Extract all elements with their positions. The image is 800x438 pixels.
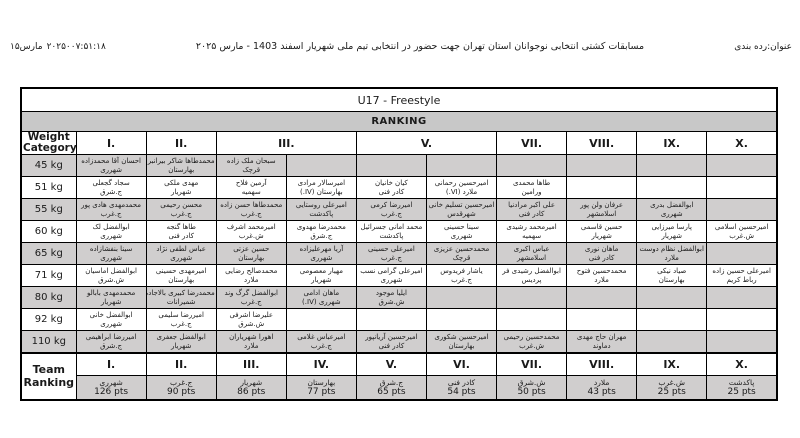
team-ranking-header-row: Team Ranking I. II. III. IV. V. VI. VII.… — [21, 353, 777, 376]
ranking-grid: U17 - Freestyle RANKING Weight Category … — [20, 87, 778, 401]
athlete-name: مهیار معصومی — [288, 267, 355, 276]
report-date-time: ۲۰۲۵۰۰۷:۵۱:۱۸ — [47, 42, 106, 52]
athlete-team: شهرری — [288, 254, 355, 263]
athlete-team: ملارد — [638, 254, 705, 263]
athlete-team: ش.غرب — [708, 232, 775, 241]
athlete-name: محمدصالح رضایی — [218, 267, 285, 276]
athlete-cell: ایلیا موجودش.شرق — [356, 287, 426, 309]
athlete-team: ج.غرب — [358, 254, 425, 263]
column-header-row: Weight Category I. II. III. V. VII. VIII… — [21, 132, 777, 155]
athlete-cell — [497, 309, 567, 331]
athlete-cell — [637, 331, 707, 354]
athlete-name: محمدحسین فتوح — [568, 267, 635, 276]
athlete-cell: پارسا میرزاییشهریار — [637, 221, 707, 243]
ranking-rows: 45 kgاحسان آقا محمدزادهشهرریمحمدطاها شاک… — [21, 155, 777, 354]
athlete-cell: محمدمهدی بابالوشهریار — [76, 287, 146, 309]
athlete-name: ماهان ادامی — [288, 289, 355, 298]
athlete-name: امیررضا سلیمی — [148, 311, 215, 320]
team-ranking-cell: کادر فنی54 pts — [426, 376, 496, 401]
report-datetime: مارس۱۵ ۲۰۲۵۰۰۷:۵۱:۱۸ — [10, 42, 106, 52]
athlete-cell: کیان خانیانکادر فنی — [356, 177, 426, 199]
athlete-team: ج.غرب — [358, 210, 425, 219]
athlete-name: اهورا شهریاران — [218, 333, 285, 342]
athlete-team: پاکدشت — [358, 232, 425, 241]
athlete-name: ابوالفضل بدری — [638, 201, 705, 210]
athlete-cell — [707, 155, 777, 177]
athlete-cell: مهیار معصومیشهریار — [286, 265, 356, 287]
athlete-name: امیررضا ابراهیمی — [78, 333, 145, 342]
athlete-name: طاها گنجه — [148, 223, 215, 232]
athlete-name: ابوالفضل خانی — [78, 311, 145, 320]
athlete-cell: امیرسالار مرادیبهارستان (IV.) — [286, 177, 356, 199]
athlete-team: شهریار — [568, 232, 635, 241]
athlete-name: سبحان ملک زاده — [218, 157, 285, 166]
athlete-cell: محمدحسین رحیمیش.غرب — [497, 331, 567, 354]
athlete-cell: محمدمهدی هادی پورج.غرب — [76, 199, 146, 221]
athlete-cell: امیرحسین آریانپورکادر فنی — [356, 331, 426, 354]
team-ranking-cell: پاکدشت25 pts — [707, 376, 777, 401]
athlete-name: مهدی ملکی — [148, 179, 215, 188]
athlete-team: ج.غرب — [288, 342, 355, 351]
athlete-cell: صیاد نیکیبهارستان — [637, 265, 707, 287]
team-ranking-cell: ملارد43 pts — [567, 376, 637, 401]
athlete-name: امیرمحمد رشیدی — [498, 223, 565, 232]
athlete-team: ج.غرب — [148, 320, 215, 329]
athlete-name: امیرحسین آریانپور — [358, 333, 425, 342]
weight-cell: 51 kg — [21, 177, 76, 199]
ranking-table: U17 - Freestyle RANKING Weight Category … — [20, 87, 780, 401]
athlete-team: اسلامشهر — [568, 210, 635, 219]
team-rank-col: II. — [146, 353, 216, 376]
athlete-cell: امیرحسین تسلیم خانیشهرقدس — [426, 199, 496, 221]
athlete-cell: محمدحسین فتوحملارد — [567, 265, 637, 287]
athlete-cell — [356, 155, 426, 177]
team-rank-col: V. — [356, 353, 426, 376]
team-ranking-cell: ش.غرب25 pts — [637, 376, 707, 401]
athlete-name: احسان آقا محمدزاده — [78, 157, 145, 166]
athlete-team: ش.غرب — [218, 232, 285, 241]
athlete-cell: محمدرضا کبیری بالاجادهشمیرانات — [146, 287, 216, 309]
athlete-cell: امیرحسین اسلامیش.غرب — [707, 221, 777, 243]
athlete-team: بهارستان — [218, 254, 285, 263]
athlete-cell: امیرعباس غلامیج.غرب — [286, 331, 356, 354]
athlete-cell: سجاد گجعلیج.شرق — [76, 177, 146, 199]
rank-col-header: I. — [76, 132, 146, 155]
athlete-team: کادر فنی — [148, 232, 215, 241]
athlete-name: امیرعلی حسینی — [358, 245, 425, 254]
athlete-cell: حسین عزتیبهارستان — [216, 243, 286, 265]
athlete-cell: عباس لطفی نژادشهرری — [146, 243, 216, 265]
rank-col-header: X. — [707, 132, 777, 155]
table-row: 45 kgاحسان آقا محمدزادهشهرریمحمدطاها شاک… — [21, 155, 777, 177]
team-ranking-label: Team Ranking — [21, 353, 76, 400]
table-row: 110 kgامیررضا ابراهیمیج.شرقابوالفضل جعفر… — [21, 331, 777, 354]
athlete-team: ملارد — [218, 276, 285, 285]
athlete-cell: ابوالفضل رشیدی فرپردیس — [497, 265, 567, 287]
athlete-name: امیرحسین اسلامی — [708, 223, 775, 232]
athlete-cell: امیرمحمد رشیدیسهمیه — [497, 221, 567, 243]
athlete-name: محمدرضا کبیری بالاجاده — [148, 289, 215, 298]
athlete-name: سینا بنفشازاده — [78, 245, 145, 254]
athlete-team: ملارد — [218, 342, 285, 351]
rank-col-header: II. — [146, 132, 216, 155]
team-points: 65 pts — [358, 387, 425, 398]
athlete-team: ش.شرق — [218, 320, 285, 329]
athlete-team: بهارستان — [428, 342, 495, 351]
athlete-cell: محمدحسین عزیزیقرچک — [426, 243, 496, 265]
athlete-cell: امیرمحمد اشرفش.غرب — [216, 221, 286, 243]
athlete-team: رباط کریم — [708, 276, 775, 285]
athlete-team: کادر فنی — [568, 254, 635, 263]
athlete-cell: عرفان ولن پوراسلامشهر — [567, 199, 637, 221]
athlete-name: صیاد نیکی — [638, 267, 705, 276]
ranking-band: RANKING — [21, 112, 777, 132]
athlete-team: ملارد (VI.) — [428, 188, 495, 197]
athlete-name: امیرحسین تسلیم خانی — [428, 201, 495, 210]
athlete-name: علی اکبر مرادنیا — [498, 201, 565, 210]
athlete-cell: امیرحسین شکوریبهارستان — [426, 331, 496, 354]
athlete-name: ابوالفضل جعفری — [148, 333, 215, 342]
athlete-team: اسلامشهر — [498, 254, 565, 263]
athlete-name: سجاد گجعلی — [78, 179, 145, 188]
team-points: 126 pts — [78, 387, 145, 398]
athlete-cell — [286, 155, 356, 177]
athlete-cell: امیررضا سلیمیج.غرب — [146, 309, 216, 331]
athlete-cell: ابوالفضل اماسیانش.شرق — [76, 265, 146, 287]
athlete-team: شهریار — [78, 298, 145, 307]
team-name: ش.شرق — [498, 378, 565, 387]
athlete-cell — [567, 177, 637, 199]
report-date-month: مارس۱۵ — [10, 42, 43, 52]
athlete-name: ابوالفضل نظام دوست — [638, 245, 705, 254]
athlete-team: شهرری — [78, 232, 145, 241]
team-rank-col: VI. — [426, 353, 496, 376]
athlete-team: شهریار — [638, 232, 705, 241]
team-points: 54 pts — [428, 387, 495, 398]
athlete-cell: محمدطاها شاکر بیرانبربهارستان — [146, 155, 216, 177]
athlete-cell — [637, 309, 707, 331]
athlete-cell: ابوالفضل گرگ وندج.غرب — [216, 287, 286, 309]
athlete-team: شهرقدس — [428, 210, 495, 219]
weight-cell: 71 kg — [21, 265, 76, 287]
category-title: U17 - Freestyle — [21, 88, 777, 112]
team-points: 43 pts — [568, 387, 635, 398]
athlete-team: شهریار — [148, 188, 215, 197]
athlete-cell: آرمین فلاحسهمیه — [216, 177, 286, 199]
athlete-cell: محمدطاها حسن زادهج.غرب — [216, 199, 286, 221]
athlete-cell: ماهان ادامیشهرری (IV.) — [286, 287, 356, 309]
ranking-band-row: RANKING — [21, 112, 777, 132]
athlete-cell — [637, 155, 707, 177]
athlete-cell: امیررضا کرمیج.غرب — [356, 199, 426, 221]
athlete-cell: اهورا شهریارانملارد — [216, 331, 286, 354]
athlete-team: ج.غرب — [78, 210, 145, 219]
table-row: 65 kgسینا بنفشازادهشهرریعباس لطفی نژادشه… — [21, 243, 777, 265]
athlete-team: کادر فنی — [358, 188, 425, 197]
rank-col-header: IX. — [637, 132, 707, 155]
athlete-team: ورامین — [498, 188, 565, 197]
team-ranking-cell: شهریار86 pts — [216, 376, 286, 401]
team-points: 77 pts — [288, 387, 355, 398]
athlete-team: ش.غرب — [498, 342, 565, 351]
athlete-cell: امیرعلی گرامی نسبشهرری — [356, 265, 426, 287]
team-ranking-cell: ج.غرب90 pts — [146, 376, 216, 401]
athlete-name: آریا مهرعلیزاده — [288, 245, 355, 254]
weight-cell: 45 kg — [21, 155, 76, 177]
athlete-cell: محسن رحیمیج.غرب — [146, 199, 216, 221]
team-name: کادر فنی — [428, 378, 495, 387]
athlete-team: شهرری — [428, 232, 495, 241]
team-rank-col: X. — [707, 353, 777, 376]
athlete-name: محمدمهدی بابالو — [78, 289, 145, 298]
athlete-cell: مهدی ملکیشهریار — [146, 177, 216, 199]
athlete-cell: ابوالفضل جعفریشهریار — [146, 331, 216, 354]
weight-category-header: Weight Category — [21, 132, 76, 155]
table-row: 80 kgمحمدمهدی بابالوشهریارمحمدرضا کبیری … — [21, 287, 777, 309]
athlete-team: شهریار — [148, 342, 215, 351]
athlete-name: ابوالفضل رشیدی فر — [498, 267, 565, 276]
athlete-name: عرفان ولن پور — [568, 201, 635, 210]
athlete-team: ش.شرق — [358, 298, 425, 307]
team-ranking-cell: شهرری126 pts — [76, 376, 146, 401]
athlete-cell: طاها محمدیورامین — [497, 177, 567, 199]
athlete-name: کیان خانیان — [358, 179, 425, 188]
athlete-team: قرچک — [428, 254, 495, 263]
weight-cell: 110 kg — [21, 331, 76, 354]
team-ranking-label-line2: Ranking — [23, 377, 75, 389]
athlete-cell: سبحان ملک زادهقرچک — [216, 155, 286, 177]
athlete-team: سهمیه — [498, 232, 565, 241]
team-name: ج.غرب — [148, 378, 215, 387]
athlete-name: ماهان نوری — [568, 245, 635, 254]
athlete-cell — [707, 199, 777, 221]
athlete-cell: امیرعلی حسین زادهرباط کریم — [707, 265, 777, 287]
table-row: 51 kgسجاد گجعلیج.شرقمهدی ملکیشهریارآرمین… — [21, 177, 777, 199]
athlete-team: ج.غرب — [148, 210, 215, 219]
athlete-team: شهرری — [78, 254, 145, 263]
athlete-cell: امیرعلی روستاییپاکدشت — [286, 199, 356, 221]
athlete-team: شهرری — [78, 320, 145, 329]
athlete-cell — [637, 177, 707, 199]
athlete-name: یاشار فریدوس — [428, 267, 495, 276]
athlete-name: محمدحسین عزیزی — [428, 245, 495, 254]
rank-col-header: VII. — [497, 132, 567, 155]
athlete-name: آرمین فلاح — [218, 179, 285, 188]
team-name: شهریار — [218, 378, 285, 387]
athlete-cell — [497, 155, 567, 177]
athlete-cell: ابوالفضل خانیشهرری — [76, 309, 146, 331]
athlete-team: ج.شرق — [78, 342, 145, 351]
team-ranking-cell: ج.شرق65 pts — [356, 376, 426, 401]
athlete-cell — [426, 155, 496, 177]
athlete-cell: ابوالفضل لکشهرری — [76, 221, 146, 243]
team-points: 50 pts — [498, 387, 565, 398]
report-title-label: عنوان:رده بندی — [734, 42, 792, 52]
team-rank-col: IV. — [286, 353, 356, 376]
athlete-name: امیرمحمد اشرف — [218, 223, 285, 232]
athlete-name: امیرسالار مرادی — [288, 179, 355, 188]
athlete-team: سهمیه — [218, 188, 285, 197]
athlete-name: امیرمهدی حسینی — [148, 267, 215, 276]
athlete-cell: مهران حاج مهدیدماوند — [567, 331, 637, 354]
athlete-name: سینا حسینی — [428, 223, 495, 232]
weight-cell: 55 kg — [21, 199, 76, 221]
team-name: ج.شرق — [358, 378, 425, 387]
athlete-cell: امیرعلی حسینیج.غرب — [356, 243, 426, 265]
team-ranking-values-row: شهرری126 pts ج.غرب90 pts شهریار86 pts به… — [21, 376, 777, 401]
athlete-cell: سینا بنفشازادهشهرری — [76, 243, 146, 265]
weight-header-line2: Category — [23, 143, 75, 154]
athlete-name: امیرحسین شکوری — [428, 333, 495, 342]
athlete-team: شهرری — [638, 210, 705, 219]
athlete-cell — [707, 309, 777, 331]
athlete-cell: عباس اکبریاسلامشهر — [497, 243, 567, 265]
athlete-team: بهارستان (IV.) — [288, 188, 355, 197]
athlete-team: پردیس — [498, 276, 565, 285]
table-row: 92 kgابوالفضل خانیشهرریامیررضا سلیمیج.غر… — [21, 309, 777, 331]
athlete-cell — [707, 287, 777, 309]
team-points: 25 pts — [708, 387, 775, 398]
athlete-name: ابوالفضل اماسیان — [78, 267, 145, 276]
team-name: شهرری — [78, 378, 145, 387]
team-name: ملارد — [568, 378, 635, 387]
athlete-name: حسین قاسمی — [568, 223, 635, 232]
weight-cell: 65 kg — [21, 243, 76, 265]
athlete-cell — [707, 243, 777, 265]
team-ranking-label-line1: Team — [23, 364, 75, 376]
rank-col-header: V. — [356, 132, 496, 155]
athlete-team: شهریار — [288, 276, 355, 285]
athlete-name: محسن رحیمی — [148, 201, 215, 210]
athlete-cell — [707, 177, 777, 199]
athlete-name: امیرعلی گرامی نسب — [358, 267, 425, 276]
athlete-cell — [356, 309, 426, 331]
athlete-cell: محمدصالح رضاییملارد — [216, 265, 286, 287]
athlete-team: ج.شرق — [288, 232, 355, 241]
athlete-cell: امیررضا ابراهیمیج.شرق — [76, 331, 146, 354]
athlete-name: ایلیا موجود — [358, 289, 425, 298]
athlete-name: محمدطاها حسن زاده — [218, 201, 285, 210]
athlete-team: ج.شرق — [78, 188, 145, 197]
athlete-cell — [637, 287, 707, 309]
athlete-name: محمدطاها شاکر بیرانبر — [148, 157, 215, 166]
athlete-team: بهارستان — [148, 166, 215, 175]
team-ranking-cell: بهارستان77 pts — [286, 376, 356, 401]
weight-cell: 92 kg — [21, 309, 76, 331]
athlete-name: امیررضا کرمی — [358, 201, 425, 210]
athlete-team: دماوند — [568, 342, 635, 351]
athlete-cell: محمد امانی جسرائیلپاکدشت — [356, 221, 426, 243]
athlete-name: حسین عزتی — [218, 245, 285, 254]
athlete-cell: طاها گنجهکادر فنی — [146, 221, 216, 243]
team-points: 86 pts — [218, 387, 285, 398]
athlete-cell — [567, 309, 637, 331]
athlete-team: ملارد — [568, 276, 635, 285]
athlete-team: کادر فنی — [358, 342, 425, 351]
athlete-name: محمدرضا مهدوی — [288, 223, 355, 232]
athlete-cell: حسین قاسمیشهریار — [567, 221, 637, 243]
athlete-team: کادر فنی — [498, 210, 565, 219]
athlete-name: علیرضا اشرفی — [218, 311, 285, 320]
team-ranking-cell: ش.شرق50 pts — [497, 376, 567, 401]
table-row: 60 kgابوالفضل لکشهرریطاها گنجهکادر فنیام… — [21, 221, 777, 243]
athlete-cell — [567, 287, 637, 309]
athlete-name: محمد امانی جسرائیل — [358, 223, 425, 232]
athlete-cell: امیرحسین رحمانیملارد (VI.) — [426, 177, 496, 199]
athlete-team: پاکدشت — [288, 210, 355, 219]
athlete-cell: علیرضا اشرفیش.شرق — [216, 309, 286, 331]
table-row: 71 kgابوالفضل اماسیانش.شرقامیرمهدی حسینی… — [21, 265, 777, 287]
team-name: پاکدشت — [708, 378, 775, 387]
athlete-team: ج.غرب — [218, 210, 285, 219]
athlete-cell: سینا حسینیشهرری — [426, 221, 496, 243]
table-title-row: U17 - Freestyle — [21, 88, 777, 112]
athlete-team: ش.شرق — [78, 276, 145, 285]
athlete-cell — [426, 287, 496, 309]
athlete-cell: ابوالفضل بدریشهرری — [637, 199, 707, 221]
athlete-cell: یاشار فریدوسج.غرب — [426, 265, 496, 287]
athlete-cell: آریا مهرعلیزادهشهرری — [286, 243, 356, 265]
athlete-team: شهرری — [78, 166, 145, 175]
athlete-name: امیرعلی حسین زاده — [708, 267, 775, 276]
athlete-cell: ماهان نوریکادر فنی — [567, 243, 637, 265]
weight-cell: 80 kg — [21, 287, 76, 309]
athlete-name: ابوالفضل لک — [78, 223, 145, 232]
team-points: 25 pts — [638, 387, 705, 398]
athlete-cell — [497, 287, 567, 309]
athlete-name: عباس لطفی نژاد — [148, 245, 215, 254]
athlete-name: طاها محمدی — [498, 179, 565, 188]
table-row: 55 kgمحمدمهدی هادی پورج.غربمحسن رحیمیج.غ… — [21, 199, 777, 221]
athlete-team: قرچک — [218, 166, 285, 175]
athlete-team: شهرری — [358, 276, 425, 285]
athlete-cell: امیرمهدی حسینیبهارستان — [146, 265, 216, 287]
rank-col-header: III. — [216, 132, 356, 155]
rank-col-header: VIII. — [567, 132, 637, 155]
athlete-name: ابوالفضل گرگ وند — [218, 289, 285, 298]
team-rank-col: IX. — [637, 353, 707, 376]
athlete-cell — [286, 309, 356, 331]
team-name: ش.غرب — [638, 378, 705, 387]
athlete-name: امیرعباس غلامی — [288, 333, 355, 342]
athlete-team: شهرری (IV.) — [288, 298, 355, 307]
athlete-cell — [567, 155, 637, 177]
athlete-name: مهران حاج مهدی — [568, 333, 635, 342]
event-title: مسابقات کشتی انتخابی نوجوانان استان تهرا… — [106, 41, 734, 52]
athlete-cell: ابوالفضل نظام دوستملارد — [637, 243, 707, 265]
athlete-name: امیرعلی روستایی — [288, 201, 355, 210]
athlete-name: پارسا میرزایی — [638, 223, 705, 232]
athlete-cell: علی اکبر مرادنیاکادر فنی — [497, 199, 567, 221]
team-rank-col: VIII. — [567, 353, 637, 376]
athlete-team: بهارستان — [148, 276, 215, 285]
athlete-name: محمدحسین رحیمی — [498, 333, 565, 342]
athlete-name: امیرحسین رحمانی — [428, 179, 495, 188]
athlete-cell: محمدرضا مهدویج.شرق — [286, 221, 356, 243]
team-rank-col: VII. — [497, 353, 567, 376]
athlete-cell — [426, 309, 496, 331]
page-header: مارس۱۵ ۲۰۲۵۰۰۷:۵۱:۱۸ مسابقات کشتی انتخاب… — [10, 41, 792, 52]
athlete-name: عباس اکبری — [498, 245, 565, 254]
athlete-team: شهرری — [148, 254, 215, 263]
athlete-name: محمدمهدی هادی پور — [78, 201, 145, 210]
team-rank-col: III. — [216, 353, 286, 376]
athlete-team: شمیرانات — [148, 298, 215, 307]
athlete-team: ج.غرب — [218, 298, 285, 307]
athlete-cell: احسان آقا محمدزادهشهرری — [76, 155, 146, 177]
team-name: بهارستان — [288, 378, 355, 387]
weight-cell: 60 kg — [21, 221, 76, 243]
